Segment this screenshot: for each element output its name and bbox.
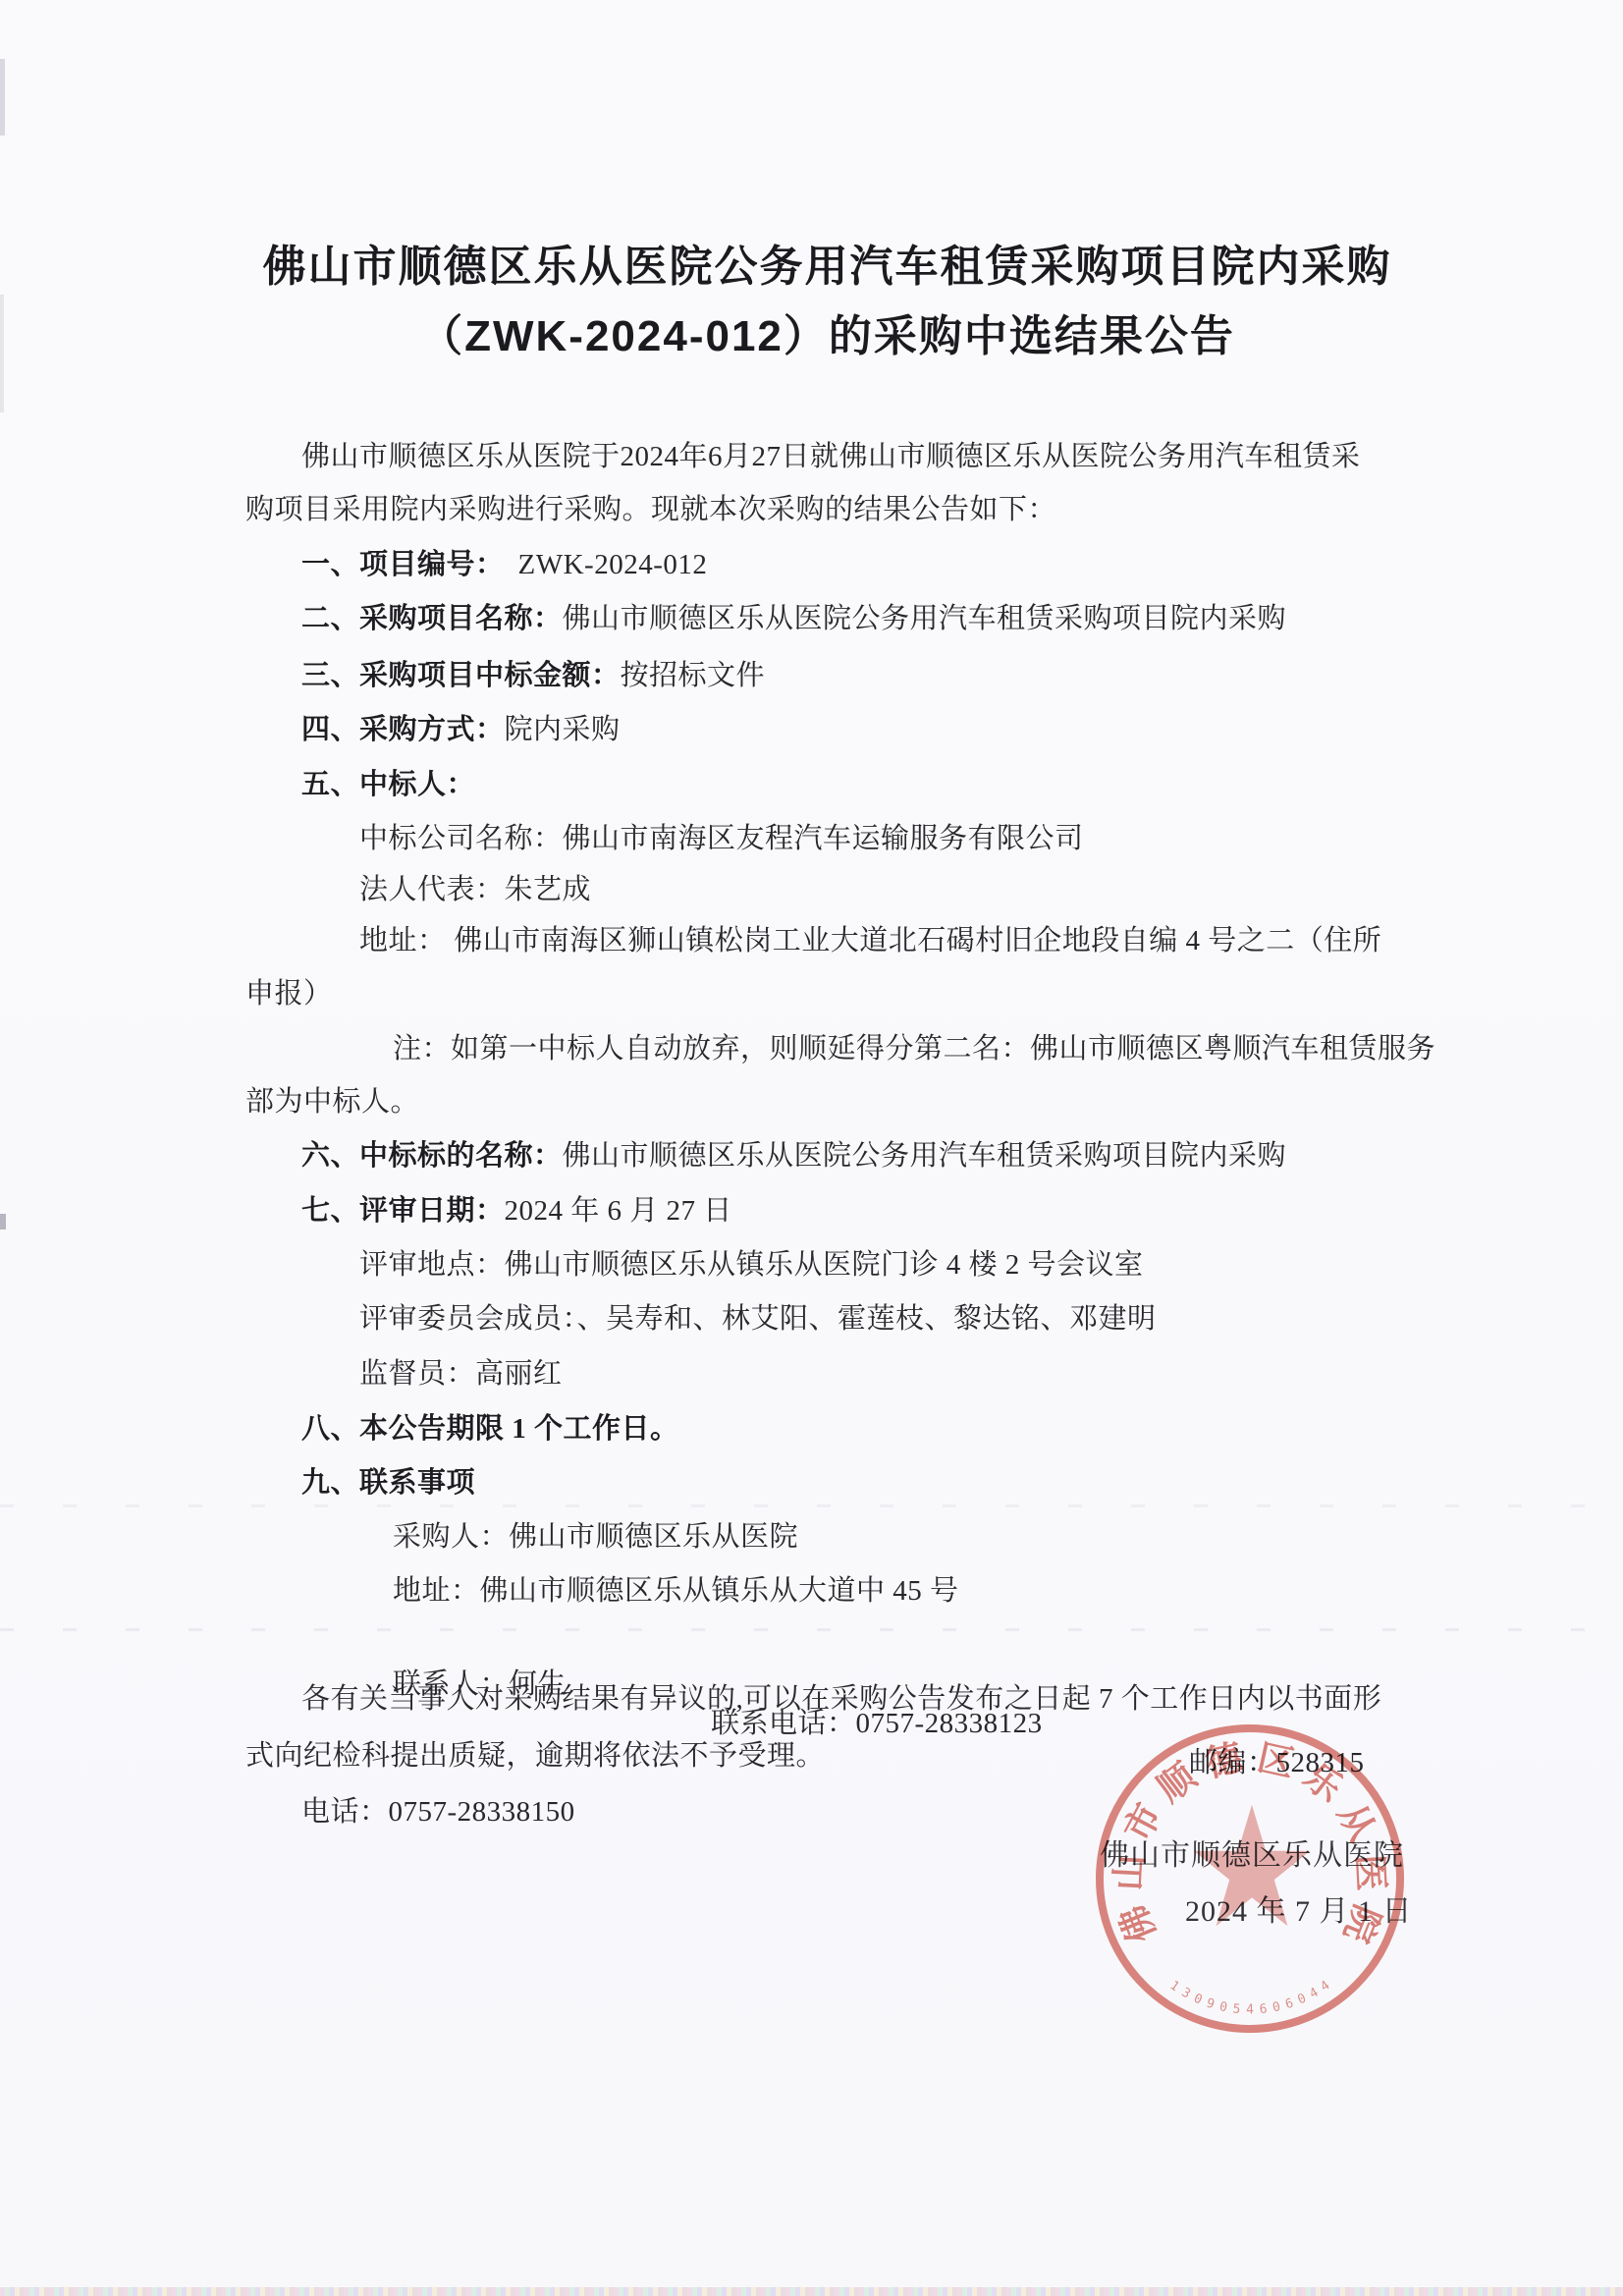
objection-paragraph-line2: 式向纪检科提出质疑，逾期将依法不予受理。: [245, 1736, 825, 1776]
item-label: 一、项目编号：: [301, 549, 505, 580]
supervisor-line: 监督员：高丽红: [359, 1354, 563, 1394]
svg-text:从: 从: [1330, 1797, 1383, 1848]
winner-company-line: 中标公司名称：佛山市南海区友程汽车运输服务有限公司: [359, 819, 1084, 858]
item-label: 三、采购项目中标金额：: [301, 660, 621, 691]
item-value: 2024 年 6 月 27 日: [505, 1195, 732, 1227]
list-item-project-number: 一、项目编号：ZWK-2024-012: [301, 545, 707, 584]
scanned-document-page: { "title": { "line1": "佛山市顺德区乐从医院公务用汽车租赁…: [0, 0, 1623, 2296]
svg-text:9: 9: [1205, 1995, 1217, 2012]
seal-serial-number: 4406064509031: [1167, 1978, 1333, 2017]
svg-text:4: 4: [1246, 2003, 1254, 2018]
svg-text:山: 山: [1109, 1853, 1151, 1891]
document-title-line1: 佛山市顺德区乐从医院公务用汽车租赁采购项目院内采购: [16, 238, 1623, 297]
scan-artifact-line: [0, 1628, 1623, 1631]
item-value: 佛山市顺德区乐从医院公务用汽车租赁采购项目院内采购: [563, 1140, 1287, 1172]
scan-artifact-line: [0, 1504, 1623, 1507]
svg-text:6: 6: [1283, 1995, 1295, 2012]
list-item-review-date: 七、评审日期：2024 年 6 月 27 日: [301, 1191, 732, 1230]
svg-text:5: 5: [1232, 2001, 1241, 2017]
review-place-line: 评审地点：佛山市顺德区乐从镇乐从医院门诊 4 楼 2 号会议室: [359, 1245, 1144, 1285]
item-value: ZWK-2024-012: [518, 549, 708, 580]
list-item-winner: 五、中标人：: [301, 765, 475, 804]
item-label: 七、评审日期：: [301, 1195, 505, 1227]
official-seal-graphic: 佛山市顺德区乐从医院 4406064509031: [1083, 1710, 1417, 2044]
svg-text:医: 医: [1349, 1853, 1391, 1891]
list-item-project-name: 二、采购项目名称：佛山市顺德区乐从医院公务用汽车租赁采购项目院内采购: [301, 599, 1286, 638]
item-value: 院内采购: [505, 714, 621, 745]
svg-text:佛: 佛: [1112, 1899, 1163, 1948]
list-item-contact-section: 九、联系事项: [301, 1463, 475, 1503]
list-item-award-subject: 六、中标标的名称：佛山市顺德区乐从医院公务用汽车租赁采购项目院内采购: [301, 1136, 1286, 1175]
svg-text:院: 院: [1336, 1899, 1387, 1948]
scan-noise-strip: [0, 2287, 1623, 2296]
list-item-notice-period: 八、本公告期限 1 个工作日。: [301, 1409, 679, 1449]
list-item-award-amount: 三、采购项目中标金额：按招标文件: [301, 656, 765, 695]
item-value: 佛山市顺德区乐从医院公务用汽车租赁采购项目院内采购: [563, 603, 1287, 634]
purchaser-address-line: 地址：佛山市顺德区乐从镇乐从大道中 45 号: [393, 1571, 959, 1611]
purchaser-line: 采购人：佛山市顺德区乐从医院: [393, 1517, 798, 1557]
intro-paragraph-line2: 购项目采用院内采购进行采购。现就本次采购的结果公告如下：: [245, 490, 1056, 529]
winner-address-line2: 申报）: [245, 974, 333, 1013]
scan-edge-mark: [0, 295, 4, 412]
document-title-line2: （ZWK-2024-012）的采购中选结果公告: [16, 307, 1623, 366]
review-committee-line: 评审委员会成员：、吴寿和、林艾阳、霍莲枝、黎达铭、邓建明: [359, 1299, 1157, 1339]
svg-text:6: 6: [1259, 2001, 1268, 2017]
note-line2: 部为中标人。: [245, 1082, 419, 1121]
svg-text:1: 1: [1167, 1978, 1182, 1995]
svg-text:4: 4: [1318, 1978, 1332, 1995]
legal-representative-line: 法人代表：朱艺成: [359, 870, 591, 909]
item-value: 按招标文件: [621, 660, 766, 691]
item-label: 四、采购方式：: [301, 714, 505, 745]
note-line1: 注：如第一中标人自动放弃，则顺延得分第二名：佛山市顺德区粤顺汽车租赁服务: [393, 1029, 1435, 1068]
svg-text:0: 0: [1271, 1999, 1282, 2015]
svg-text:0: 0: [1296, 1992, 1309, 2008]
official-seal: 佛山市顺德区乐从医院 4406064509031: [1083, 1710, 1417, 2044]
seal-star-icon: [1194, 1805, 1310, 1926]
list-item-procurement-method: 四、采购方式：院内采购: [301, 710, 621, 749]
discipline-phone-line: 电话：0757-28338150: [301, 1792, 575, 1831]
svg-text:0: 0: [1191, 1992, 1204, 2008]
item-label: 五、中标人：: [301, 769, 475, 800]
svg-text:市: 市: [1116, 1797, 1169, 1848]
svg-text:4: 4: [1307, 1985, 1321, 2001]
scan-edge-mark: [0, 59, 5, 136]
item-label: 六、中标标的名称：: [301, 1140, 563, 1172]
svg-text:区: 区: [1254, 1737, 1298, 1784]
intro-paragraph-line1: 佛山市顺德区乐从医院于2024年6月27日就佛山市顺德区乐从医院公务用汽车租赁采: [301, 437, 1361, 476]
item-label: 二、采购项目名称：: [301, 603, 563, 634]
scan-edge-mark: [0, 1214, 6, 1230]
svg-text:0: 0: [1218, 1999, 1229, 2015]
svg-text:3: 3: [1179, 1986, 1193, 2002]
winner-address-line1: 地址： 佛山市南海区狮山镇松岗工业大道北石碣村旧企地段自编 4 号之二（住所: [359, 921, 1381, 960]
svg-text:德: 德: [1202, 1737, 1247, 1784]
